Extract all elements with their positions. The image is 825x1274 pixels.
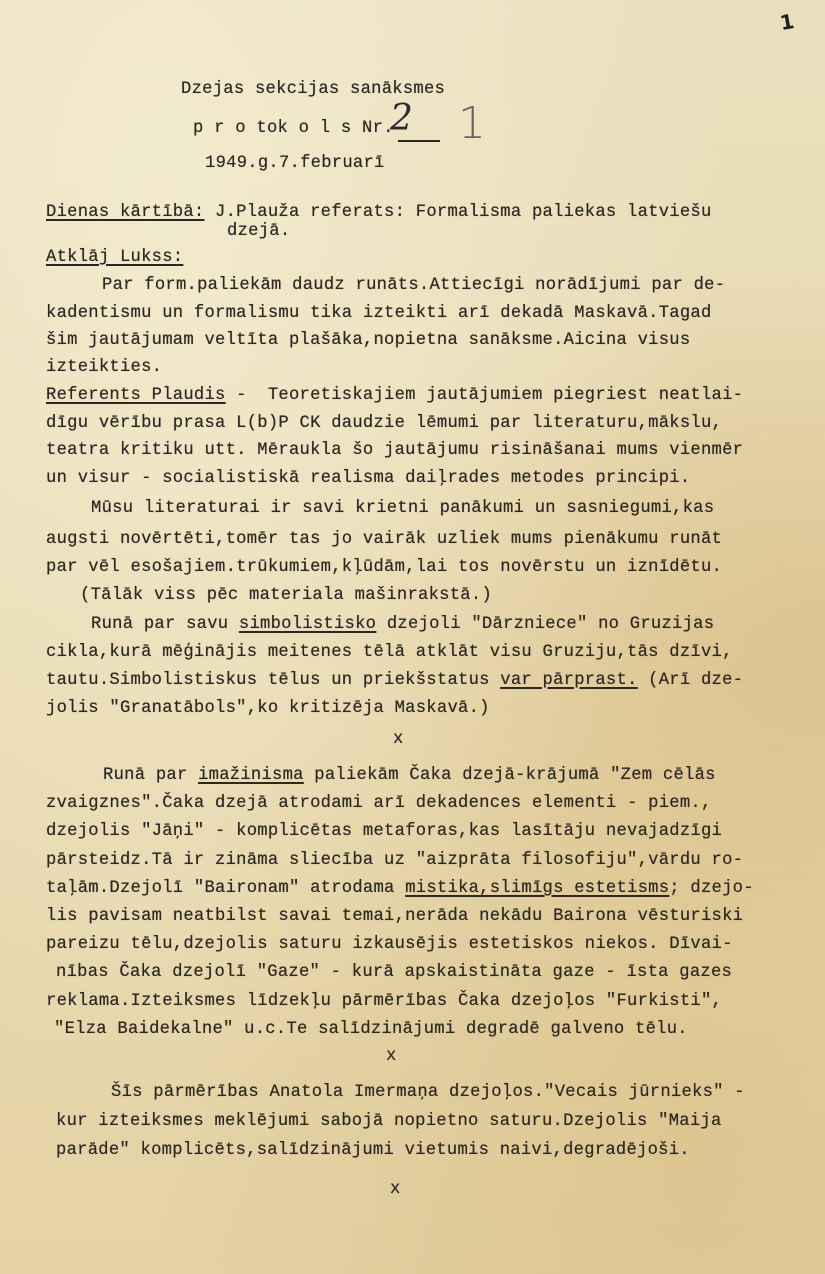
- referent-label: Referents Plaudis: [46, 386, 226, 405]
- para3-line-1: Runā par savu simbolistisko dzejoli "Dār…: [91, 615, 714, 635]
- text-line: kur izteiksmes meklējumi sabojā nopietno…: [56, 1112, 722, 1132]
- text-span: paliekām Čaka dzejā-krājumā "Zem cēlās: [304, 766, 716, 785]
- agenda-line-1: Dienas kārtībā: J.Plauža referats: Forma…: [46, 203, 712, 223]
- section-separator: x: [390, 1180, 401, 1200]
- text-line: zvaigznes".Čaka dzejā atrodami arī dekad…: [46, 794, 712, 814]
- referent-line-1: Referents Plaudis - Teoretiskajiem jautā…: [46, 386, 743, 406]
- underlined-term: mistika,slimīgs estetisms: [405, 879, 669, 898]
- text-line: reklama.Izteiksmes līdzekļu pārmērības Č…: [46, 992, 722, 1012]
- handwritten-crossed-number: 2: [390, 98, 413, 139]
- para4-line-1: Runā par imažinisma paliekām Čaka dzejā-…: [103, 766, 716, 786]
- document-page: 1 Dzejas sekcijas sanāksmes p r o tok o …: [0, 0, 825, 1274]
- number-underline: [398, 140, 440, 142]
- agenda-line-2: dzejā.: [227, 222, 290, 242]
- opening-label: Atklāj Lukss:: [46, 248, 183, 268]
- para3-line-3: tautu.Simbolistiskus tēlus un priekšstat…: [46, 671, 743, 691]
- page-number: 1: [778, 9, 796, 35]
- text-line: dīgu vērību prasa L(b)P CK daudzie lēmum…: [46, 414, 722, 434]
- text-line: kadentismu un formalismu tika izteikti a…: [46, 304, 712, 324]
- referent-text: - Teoretiskajiem jautājumiem piegriest n…: [226, 386, 744, 405]
- text-line: cikla,kurā mēģinājis meitenes tēlā atklā…: [46, 643, 733, 663]
- text-line: par vēl esošajiem.trūkumiem,kļūdām,lai t…: [46, 558, 722, 578]
- text-line: pārsteidz.Tā ir zināma sliecība uz "aizp…: [46, 851, 743, 871]
- text-line: Mūsu literaturai ir savi krietni panākum…: [91, 499, 714, 519]
- text-span: taļām.Dzejolī "Baironam" atrodama: [46, 879, 405, 898]
- text-line: teatra kritiku utt. Mēraukla šo jautājum…: [46, 441, 743, 461]
- text-line: izteikties.: [46, 358, 162, 378]
- section-separator: x: [393, 730, 404, 750]
- handwritten-protocol-number: 1: [458, 98, 486, 149]
- text-span: ; dzejo-: [669, 879, 754, 898]
- text-line: dzejolis "Jāņi" - komplicētas metaforas,…: [46, 822, 722, 842]
- text-line: un visur - socialistiskā realisma daiļra…: [46, 469, 690, 489]
- agenda-label: Dienas kārtībā:: [46, 203, 204, 222]
- underlined-term: var pārprast.: [500, 671, 637, 690]
- text-line: Šīs pārmērības Anatola Imermaņa dzejoļos…: [111, 1083, 745, 1103]
- text-line: šim jautājumam veltīta plašāka,nopietna …: [46, 331, 690, 351]
- text-line: lis pavisam neatbilst savai temai,nerāda…: [46, 907, 743, 927]
- meeting-date: 1949.g.7.februarī: [205, 154, 385, 174]
- text-line: pareizu tēlu,dzejolis saturu izkausējis …: [46, 935, 733, 955]
- section-separator: x: [386, 1047, 397, 1067]
- text-line: Par form.paliekām daudz runāts.Attiecīgi…: [102, 276, 725, 296]
- text-line: nības Čaka dzejolī "Gaze" - kurā apskais…: [56, 963, 732, 983]
- text-span: (Arī dze-: [638, 671, 744, 690]
- text-line: parāde" komplicēts,salīdzinājumi vietumi…: [56, 1141, 690, 1161]
- text-span: Runā par: [103, 766, 198, 785]
- protocol-label: p r o tok o l s Nr.: [193, 119, 394, 139]
- text-line: "Elza Baidekalne" u.c.Te salīdzinājumi d…: [54, 1020, 688, 1040]
- underlined-term: imažinisma: [198, 766, 304, 785]
- text-line: (Tālāk viss pēc materiala mašinrakstā.): [80, 586, 492, 606]
- text-line: jolis "Granatābols",ko kritizēja Maskavā…: [46, 699, 490, 719]
- text-line: augsti novērtēti,tomēr tas jo vairāk uzl…: [46, 530, 722, 550]
- text-span: tautu.Simbolistiskus tēlus un priekšstat…: [46, 671, 500, 690]
- document-title: Dzejas sekcijas sanāksmes: [181, 80, 445, 100]
- agenda-text: J.Plauža referats: Formalisma paliekas l…: [204, 203, 711, 222]
- underlined-term: simbolistisko: [239, 615, 376, 634]
- text-span: dzejoli "Dārzniece" no Gruzijas: [376, 615, 714, 634]
- text-span: Runā par savu: [91, 615, 239, 634]
- para4-line-5: taļām.Dzejolī "Baironam" atrodama mistik…: [46, 879, 754, 899]
